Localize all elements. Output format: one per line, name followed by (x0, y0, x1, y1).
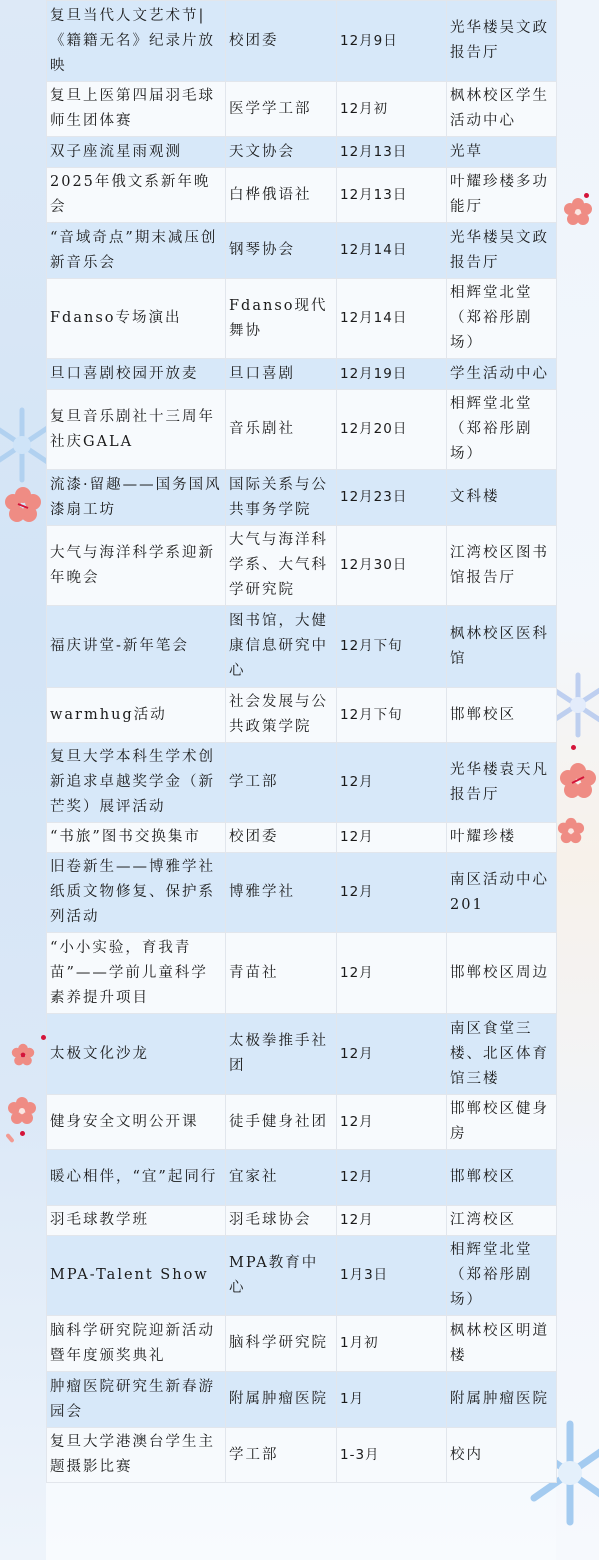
place-cell: 学生活动中心 (447, 359, 557, 390)
place-cell: 光草 (447, 137, 557, 168)
host-cell: 钢琴协会 (226, 223, 337, 279)
table-row: 福庆讲堂-新年笔会 图书馆，大健康信息研究中心 12月下旬 枫林校区医科馆 (47, 606, 557, 688)
event-name-cell: 复旦大学本科生学术创新追求卓越奖学金（新芒奖）展评活动 (47, 743, 226, 823)
event-name-cell: 流漆·留趣——国务国风漆扇工坊 (47, 470, 226, 526)
event-name-cell: warmhug活动 (47, 688, 226, 743)
place-cell: 枫林校区医科馆 (447, 606, 557, 688)
table-row: 健身安全文明公开课 徒手健身社团 12月 邯郸校区健身房 (47, 1095, 557, 1150)
place-cell: 相辉堂北堂（郑裕彤剧场） (447, 390, 557, 470)
date-cell: 12月 (337, 933, 447, 1014)
table-row: warmhug活动 社会发展与公共政策学院 12月下旬 邯郸校区 (47, 688, 557, 743)
place-cell: 南区活动中心201 (447, 853, 557, 933)
table-row: MPA-Talent Show MPA教育中心 1月3日 相辉堂北堂（郑裕彤剧场… (47, 1236, 557, 1316)
date-cell: 1月初 (337, 1316, 447, 1372)
event-name-cell: 2025年俄文系新年晚会 (47, 168, 226, 223)
date-cell: 12月 (337, 1095, 447, 1150)
host-cell: 太极拳推手社团 (226, 1014, 337, 1095)
place-cell: 邯郸校区周边 (447, 933, 557, 1014)
place-cell: 邯郸校区健身房 (447, 1095, 557, 1150)
host-cell: 音乐剧社 (226, 390, 337, 470)
event-name-cell: “音域奇点”期末减压创新音乐会 (47, 223, 226, 279)
place-cell: 枫林校区学生活动中心 (447, 82, 557, 137)
place-cell: 枫林校区明道楼 (447, 1316, 557, 1372)
event-name-cell: 复旦音乐剧社十三周年社庆GALA (47, 390, 226, 470)
event-name-cell: 羽毛球教学班 (47, 1206, 226, 1236)
date-cell: 12月14日 (337, 279, 447, 359)
host-cell: 社会发展与公共政策学院 (226, 688, 337, 743)
place-cell: 文科楼 (447, 470, 557, 526)
date-cell: 12月14日 (337, 223, 447, 279)
table-row: 旧卷新生——博雅学社纸质文物修复、保护系列活动 博雅学社 12月 南区活动中心2… (47, 853, 557, 933)
table-row: 复旦上医第四届羽毛球师生团体赛 医学学工部 12月初 枫林校区学生活动中心 (47, 82, 557, 137)
host-cell: 博雅学社 (226, 853, 337, 933)
host-cell: 学工部 (226, 1428, 337, 1483)
place-cell: 南区食堂三楼、北区体育馆三楼 (447, 1014, 557, 1095)
host-cell: 青苗社 (226, 933, 337, 1014)
place-cell: 叶耀珍楼多功能厅 (447, 168, 557, 223)
date-cell: 12月9日 (337, 1, 447, 82)
date-cell: 12月 (337, 1014, 447, 1095)
event-name-cell: “小小实验，育我青苗”——学前儿童科学素养提升项目 (47, 933, 226, 1014)
right-background-strip (556, 0, 599, 1560)
host-cell: 学工部 (226, 743, 337, 823)
date-cell: 12月下旬 (337, 688, 447, 743)
date-cell: 1月 (337, 1372, 447, 1428)
table-row: 复旦大学本科生学术创新追求卓越奖学金（新芒奖）展评活动 学工部 12月 光华楼袁… (47, 743, 557, 823)
table-row: 复旦音乐剧社十三周年社庆GALA 音乐剧社 12月20日 相辉堂北堂（郑裕彤剧场… (47, 390, 557, 470)
host-cell: 天文协会 (226, 137, 337, 168)
table-row: “小小实验，育我青苗”——学前儿童科学素养提升项目 青苗社 12月 邯郸校区周边 (47, 933, 557, 1014)
place-cell: 光华楼吴文政报告厅 (447, 223, 557, 279)
host-cell: 宜家社 (226, 1150, 337, 1206)
host-cell: 校团委 (226, 1, 337, 82)
host-cell: 图书馆，大健康信息研究中心 (226, 606, 337, 688)
event-name-cell: Fdanso专场演出 (47, 279, 226, 359)
event-name-cell: 暖心相伴，“宜”起同行 (47, 1150, 226, 1206)
event-name-cell: 大气与海洋科学系迎新年晚会 (47, 526, 226, 606)
event-name-cell: MPA-Talent Show (47, 1236, 226, 1316)
date-cell: 12月初 (337, 82, 447, 137)
date-cell: 12月下旬 (337, 606, 447, 688)
date-cell: 12月 (337, 1150, 447, 1206)
table-row: 流漆·留趣——国务国风漆扇工坊 国际关系与公共事务学院 12月23日 文科楼 (47, 470, 557, 526)
host-cell: MPA教育中心 (226, 1236, 337, 1316)
event-name-cell: 旧卷新生——博雅学社纸质文物修复、保护系列活动 (47, 853, 226, 933)
decor-dot (20, 1131, 25, 1136)
event-name-cell: “书旅”图书交换集市 (47, 823, 226, 853)
table-row: 复旦当代人文艺术节|《籍籍无名》纪录片放映 校团委 12月9日 光华楼吴文政报告… (47, 1, 557, 82)
table-row: 旦口喜剧校园开放麦 旦口喜剧 12月19日 学生活动中心 (47, 359, 557, 390)
host-cell: Fdanso现代舞协 (226, 279, 337, 359)
decor-dot (571, 745, 576, 750)
date-cell: 12月13日 (337, 137, 447, 168)
place-cell: 相辉堂北堂（郑裕彤剧场） (447, 1236, 557, 1316)
place-cell: 光华楼袁天凡报告厅 (447, 743, 557, 823)
event-name-cell: 福庆讲堂-新年笔会 (47, 606, 226, 688)
host-cell: 白桦俄语社 (226, 168, 337, 223)
place-cell: 校内 (447, 1428, 557, 1483)
place-cell: 邯郸校区 (447, 688, 557, 743)
table-row: 太极文化沙龙 太极拳推手社团 12月 南区食堂三楼、北区体育馆三楼 (47, 1014, 557, 1095)
table-row: 复旦大学港澳台学生主题摄影比赛 学工部 1-3月 校内 (47, 1428, 557, 1483)
event-name-cell: 脑科学研究院迎新活动暨年度颁奖典礼 (47, 1316, 226, 1372)
host-cell: 徒手健身社团 (226, 1095, 337, 1150)
table-row: 暖心相伴，“宜”起同行 宜家社 12月 邯郸校区 (47, 1150, 557, 1206)
host-cell: 附属肿瘤医院 (226, 1372, 337, 1428)
table-row: Fdanso专场演出 Fdanso现代舞协 12月14日 相辉堂北堂（郑裕彤剧场… (47, 279, 557, 359)
table-row: 脑科学研究院迎新活动暨年度颁奖典礼 脑科学研究院 1月初 枫林校区明道楼 (47, 1316, 557, 1372)
table-row: 双子座流星雨观测 天文协会 12月13日 光草 (47, 137, 557, 168)
date-cell: 12月19日 (337, 359, 447, 390)
date-cell: 12月13日 (337, 168, 447, 223)
host-cell: 校团委 (226, 823, 337, 853)
host-cell: 大气与海洋科学系、大气科学研究院 (226, 526, 337, 606)
table-row: “书旅”图书交换集市 校团委 12月 叶耀珍楼 (47, 823, 557, 853)
host-cell: 医学学工部 (226, 82, 337, 137)
host-cell: 羽毛球协会 (226, 1206, 337, 1236)
event-name-cell: 旦口喜剧校园开放麦 (47, 359, 226, 390)
place-cell: 江湾校区 (447, 1206, 557, 1236)
left-background-strip (0, 0, 46, 1560)
event-name-cell: 肿瘤医院研究生新春游园会 (47, 1372, 226, 1428)
events-table: 复旦当代人文艺术节|《籍籍无名》纪录片放映 校团委 12月9日 光华楼吴文政报告… (46, 0, 557, 1483)
event-name-cell: 复旦上医第四届羽毛球师生团体赛 (47, 82, 226, 137)
table-row: 大气与海洋科学系迎新年晚会 大气与海洋科学系、大气科学研究院 12月30日 江湾… (47, 526, 557, 606)
place-cell: 附属肿瘤医院 (447, 1372, 557, 1428)
date-cell: 1月3日 (337, 1236, 447, 1316)
event-name-cell: 双子座流星雨观测 (47, 137, 226, 168)
date-cell: 1-3月 (337, 1428, 447, 1483)
event-name-cell: 健身安全文明公开课 (47, 1095, 226, 1150)
place-cell: 光华楼吴文政报告厅 (447, 1, 557, 82)
date-cell: 12月 (337, 1206, 447, 1236)
date-cell: 12月30日 (337, 526, 447, 606)
place-cell: 邯郸校区 (447, 1150, 557, 1206)
event-name-cell: 复旦当代人文艺术节|《籍籍无名》纪录片放映 (47, 1, 226, 82)
table-row: “音域奇点”期末减压创新音乐会 钢琴协会 12月14日 光华楼吴文政报告厅 (47, 223, 557, 279)
table-row: 2025年俄文系新年晚会 白桦俄语社 12月13日 叶耀珍楼多功能厅 (47, 168, 557, 223)
host-cell: 旦口喜剧 (226, 359, 337, 390)
host-cell: 国际关系与公共事务学院 (226, 470, 337, 526)
table-row: 肿瘤医院研究生新春游园会 附属肿瘤医院 1月 附属肿瘤医院 (47, 1372, 557, 1428)
date-cell: 12月23日 (337, 470, 447, 526)
event-name-cell: 复旦大学港澳台学生主题摄影比赛 (47, 1428, 226, 1483)
date-cell: 12月 (337, 743, 447, 823)
decor-dot (584, 193, 589, 198)
place-cell: 相辉堂北堂（郑裕彤剧场） (447, 279, 557, 359)
date-cell: 12月20日 (337, 390, 447, 470)
place-cell: 叶耀珍楼 (447, 823, 557, 853)
place-cell: 江湾校区图书馆报告厅 (447, 526, 557, 606)
date-cell: 12月 (337, 823, 447, 853)
host-cell: 脑科学研究院 (226, 1316, 337, 1372)
event-name-cell: 太极文化沙龙 (47, 1014, 226, 1095)
table-row: 羽毛球教学班 羽毛球协会 12月 江湾校区 (47, 1206, 557, 1236)
date-cell: 12月 (337, 853, 447, 933)
